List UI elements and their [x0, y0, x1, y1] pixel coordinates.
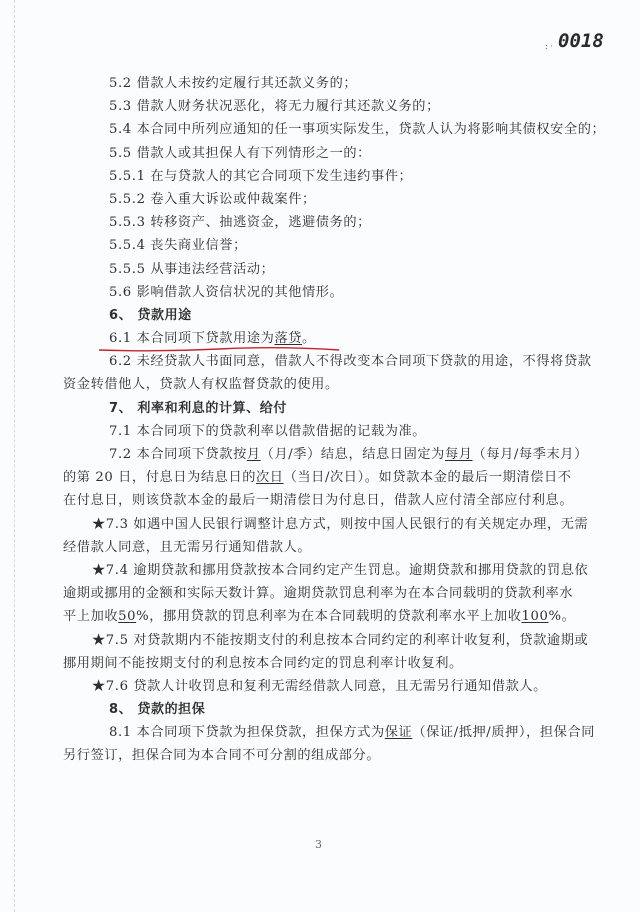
clause-5-2: 5.2 借款人未按约定履行其还款义务的；: [80, 72, 595, 95]
clause-7-4-text: %。: [549, 609, 576, 624]
clause-8-1-text: 8.1 本合同项下贷款为担保贷款，担保方式为: [109, 725, 385, 740]
clause-7-2-text: （月/季）结息，结息日固定为: [261, 447, 445, 462]
clause-7-2-line3: 在付息日，则该贷款本金的最后一期清偿日为付息日，借款人应付清全部应付利息。: [63, 489, 595, 512]
clause-5-5-4: 5.5.4 丧失商业信誉；: [80, 234, 595, 257]
stamp-number: 0018: [558, 30, 604, 52]
clause-7-5-line2: 挪用期间不能按期支付的利息按本合同约定的罚息利率计收复利。: [63, 652, 595, 675]
binding-margin-line: [14, 0, 15, 912]
misuse-penalty-rate-value: 100: [522, 609, 549, 624]
clause-7-2-line1: 7.2 本合同项下贷款按月（月/季）结息，结息日固定为每月（每月/每季末月）: [80, 443, 595, 466]
clause-6-1: 6.1 本合同项下贷款用途为落贷。: [80, 327, 595, 350]
clause-8-1-line1: 8.1 本合同项下贷款为担保贷款，担保方式为保证（保证/抵押/质押），担保合同: [80, 721, 595, 744]
clause-6-2-line1: 6.2 未经贷款人书面同意，借款人不得改变本合同项下贷款的用途，不得将贷款: [80, 350, 595, 373]
clause-7-4-line3: 平上加收50%，挪用贷款的罚息利率为在本合同载明的贷款利率水平上加收100%。: [63, 605, 595, 628]
clause-5-6: 5.6 影响借款人资信状况的其他情形。: [80, 281, 595, 304]
clause-7-2-text: （当日/次日）。如贷款本金的最后一期清偿日不: [284, 470, 572, 485]
clause-8-1-line2: 另行签订，担保合同为本合同不可分割的组成部分。: [63, 744, 595, 767]
overdue-penalty-rate-value: 50: [118, 609, 136, 624]
clause-5-3: 5.3 借款人财务状况恶化，将无力履行其还款义务的；: [80, 95, 595, 118]
settlement-period-value: 月: [247, 447, 261, 462]
section-8-heading: 8、 贷款的担保: [80, 698, 595, 721]
clause-6-1-prefix: 6.1 本合同项下贷款用途为: [109, 331, 274, 346]
document-page: : · 0018 5.2 借款人未按约定履行其还款义务的； 5.3 借款人财务状…: [0, 0, 640, 912]
clause-7-5-line1: ★7.5 对贷款期内不能按期支付的利息按本合同约定的利率计收复利，贷款逾期或: [80, 629, 595, 652]
clause-8-1-text: （保证/抵押/质押），担保合同: [412, 725, 595, 740]
guarantee-method-value: 保证: [385, 725, 413, 740]
clause-7-3-line2: 经借款人同意，且无需另行通知借款人。: [63, 536, 595, 559]
clause-5-5-1: 5.5.1 在与贷款人的其它合同项下发生违约事件；: [80, 165, 595, 188]
clause-7-2-text: 的第 20 日，付息日为结息日的: [63, 470, 256, 485]
clause-7-4-line2: 逾期或挪用的金额和实际天数计算。逾期贷款罚息利率为在本合同载明的贷款利率水: [63, 582, 595, 605]
clause-7-2-text: 7.2 本合同项下贷款按: [109, 447, 247, 462]
settlement-day-value: 每月: [445, 447, 473, 462]
clause-5-5-3: 5.5.3 转移资产、抽逃资金，逃避债务的；: [80, 211, 595, 234]
payment-day-value: 次日: [256, 470, 284, 485]
clause-5-5: 5.5 借款人或其担保人有下列情形之一的：: [80, 142, 595, 165]
clause-7-4-text: %，挪用贷款的罚息利率为在本合同载明的贷款利率水平上加收: [136, 609, 521, 624]
clause-7-2-text: （每月/每季末月）: [473, 447, 588, 462]
clause-7-3-line1: ★7.3 如遇中国人民银行调整计息方式，则按中国人民银行的有关规定办理，无需: [80, 513, 595, 536]
clause-7-6: ★7.6 贷款人计收罚息和复利无需经借款人同意，且无需另行通知借款人。: [80, 675, 595, 698]
section-7-heading: 7、 利率和利息的计算、给付: [80, 397, 595, 420]
clause-7-4-text: 平上加收: [63, 609, 118, 624]
clause-7-4-line1: ★7.4 逾期贷款和挪用贷款按本合同约定产生罚息。逾期贷款和挪用贷款的罚息依: [80, 559, 595, 582]
clause-5-4: 5.4 本合同中所列应通知的任一事项实际发生，贷款人认为将影响其债权安全的；: [80, 118, 595, 141]
clause-5-5-2: 5.5.2 卷入重大诉讼或仲裁案件；: [80, 188, 595, 211]
stamp-marks: : ·: [545, 42, 553, 51]
clause-6-1-suffix: 。: [302, 331, 316, 346]
clause-6-2-line2: 资金转借他人，贷款人有权监督贷款的使用。: [63, 373, 595, 396]
contract-body: 5.2 借款人未按约定履行其还款义务的； 5.3 借款人财务状况恶化，将无力履行…: [80, 72, 595, 768]
section-6-heading: 6、 贷款用途: [80, 304, 595, 327]
clause-5-5-5: 5.5.5 从事违法经营活动；: [80, 258, 595, 281]
clause-7-1: 7.1 本合同项下的贷款利率以借款借据的记载为准。: [80, 420, 595, 443]
clause-7-2-line2: 的第 20 日，付息日为结息日的次日（当日/次日）。如贷款本金的最后一期清偿日不: [63, 466, 595, 489]
red-pen-underline: [99, 346, 339, 352]
loan-purpose-value: 落贷: [274, 331, 302, 346]
clause-6-1-highlight: 6.1 本合同项下贷款用途为落贷。: [109, 327, 316, 350]
page-number: 3: [315, 838, 322, 851]
